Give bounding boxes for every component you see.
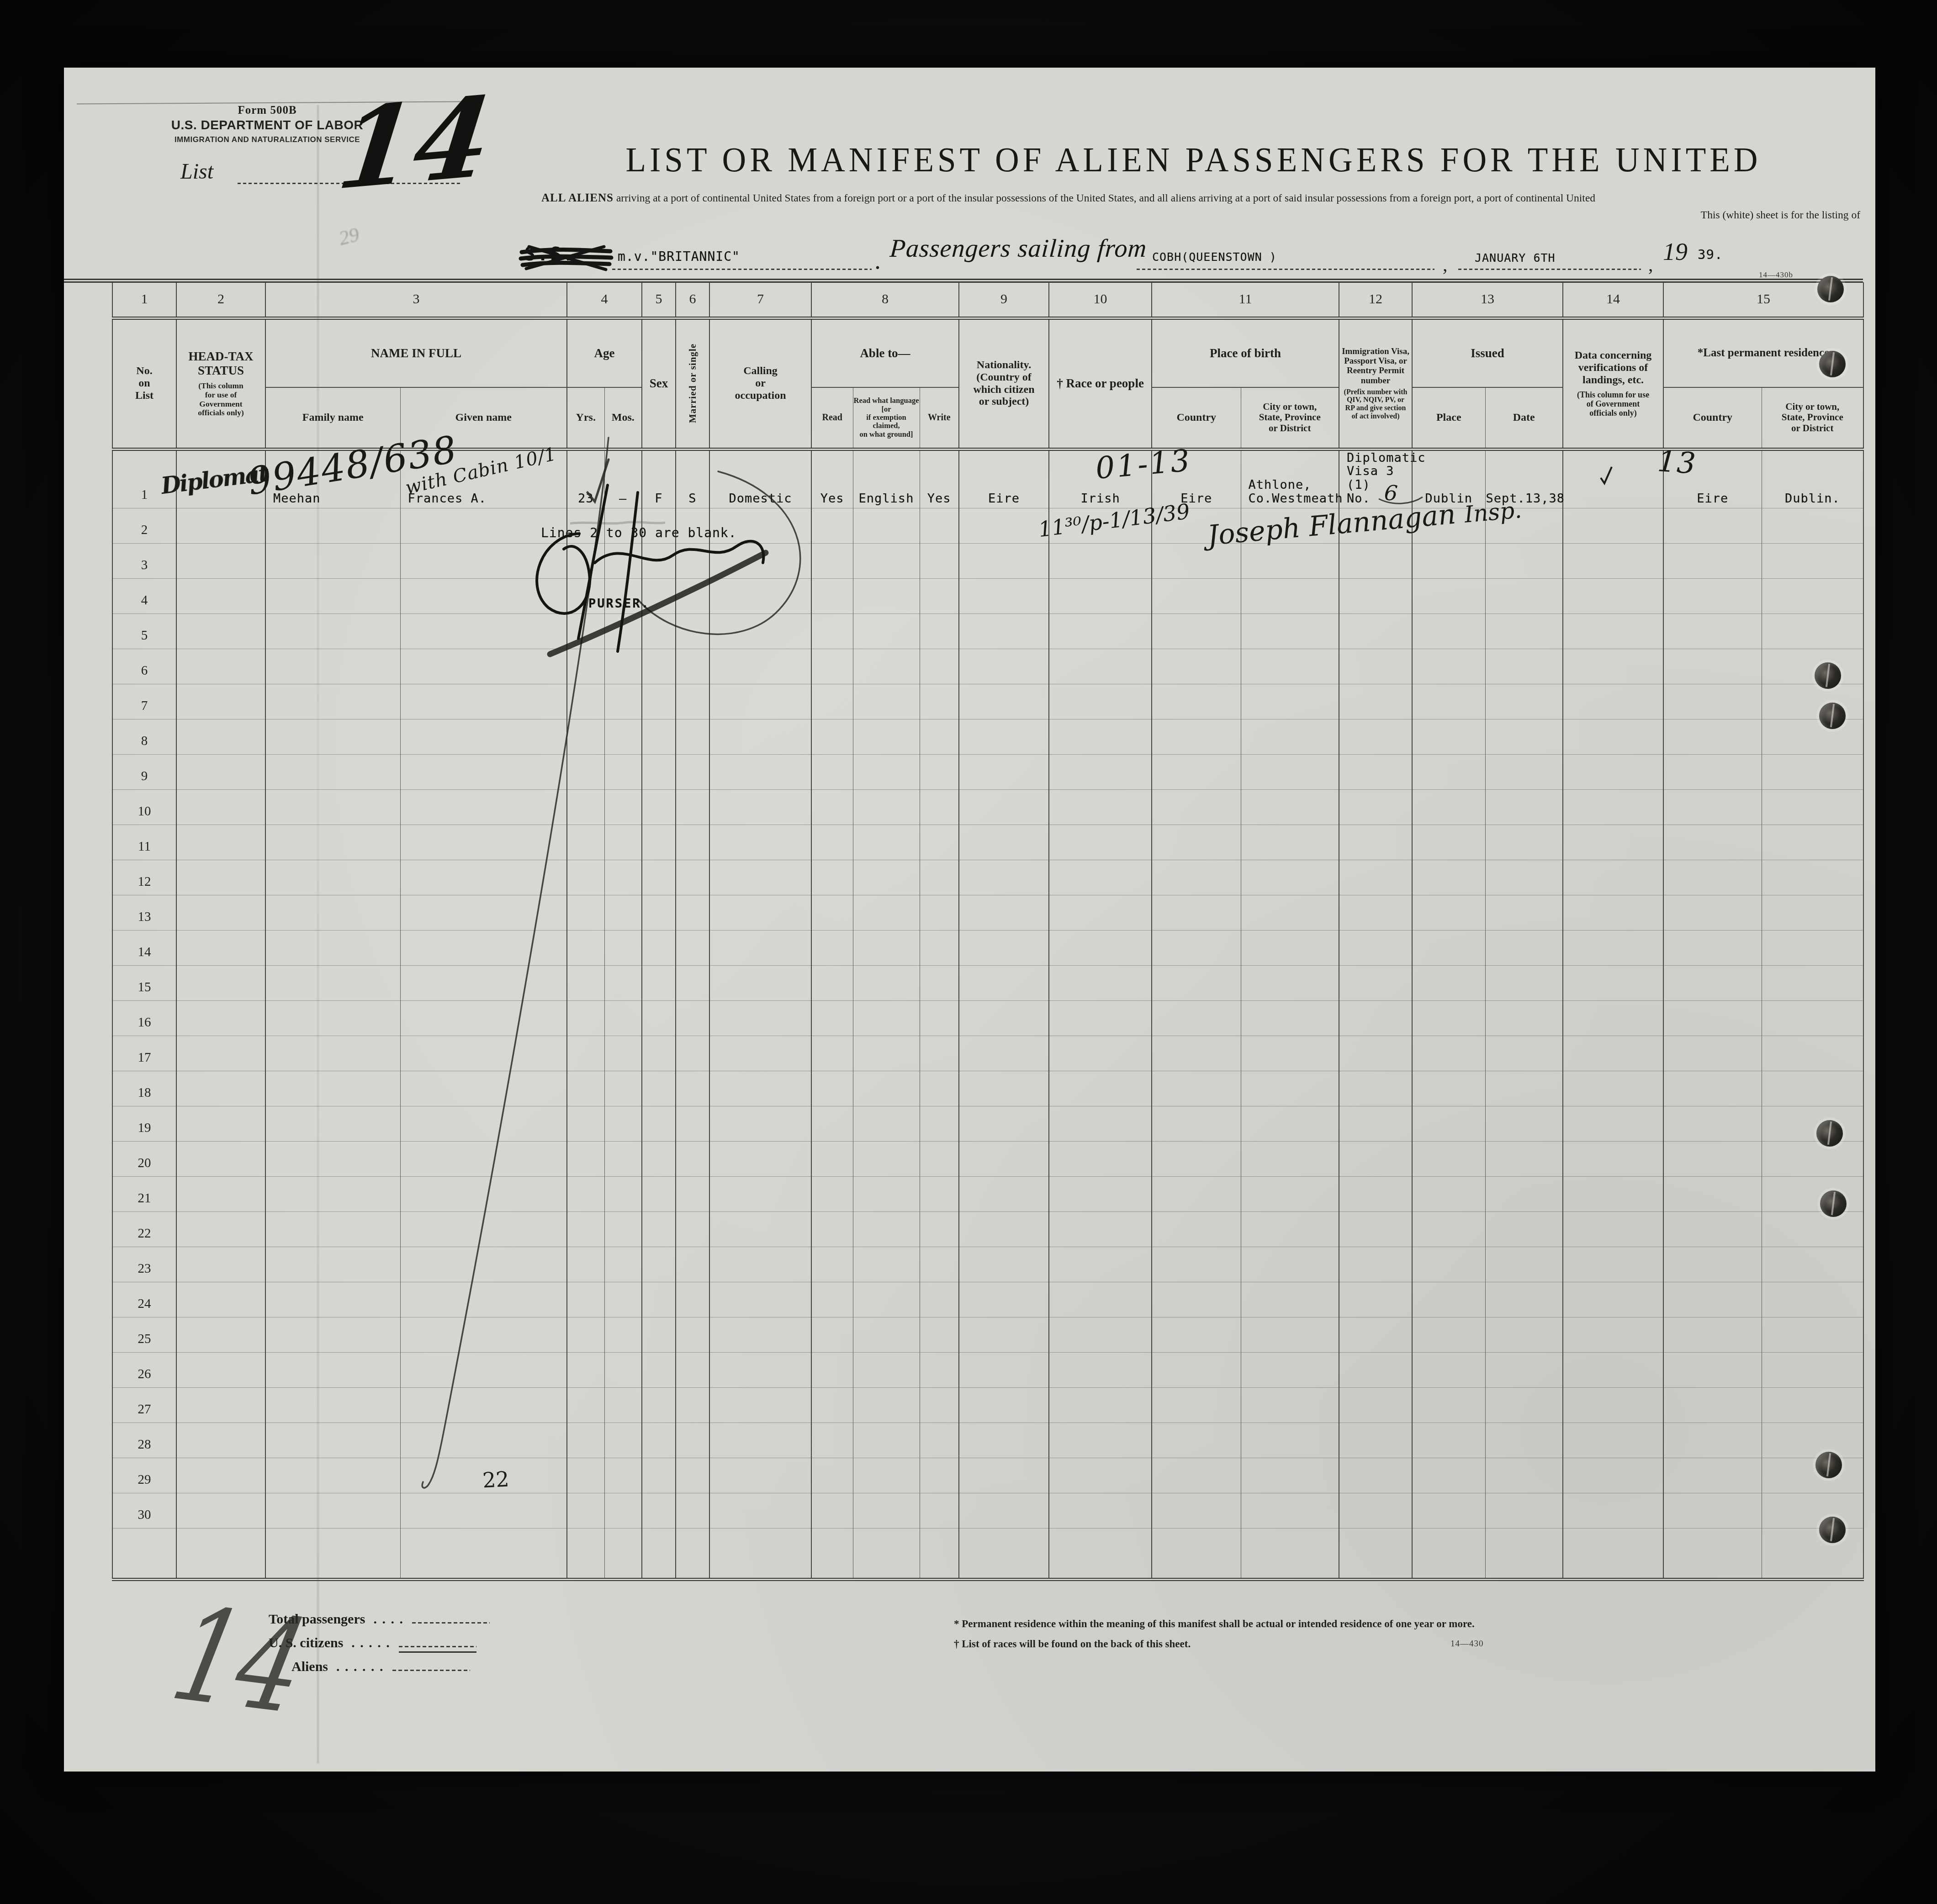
manifest-cell — [1762, 1212, 1863, 1247]
manifest-cell — [1663, 1493, 1762, 1528]
manifest-cell — [853, 1528, 920, 1580]
binder-hole-icon — [1820, 1190, 1847, 1217]
manifest-cell — [265, 614, 400, 649]
manifest-cell — [1485, 1212, 1563, 1247]
manifest-cell — [676, 1106, 709, 1142]
manifest-cell — [567, 1001, 604, 1036]
manifest-cell — [1485, 684, 1563, 719]
table-row: 29 — [112, 1458, 1863, 1493]
manifest-cell — [1049, 1282, 1152, 1317]
purser-label: PURSER. — [588, 597, 650, 611]
manifest-cell — [1485, 1317, 1563, 1353]
table-row: 18 — [112, 1071, 1863, 1106]
manifest-cell — [676, 825, 709, 860]
row-number-cell: 16 — [112, 1001, 176, 1036]
manifest-cell — [811, 966, 853, 1001]
manifest-cell: Dublin. — [1762, 449, 1863, 508]
manifest-cell — [567, 1282, 604, 1317]
manifest-cell — [1762, 825, 1863, 860]
manifest-cell — [642, 1247, 676, 1282]
manifest-cell: Diplomatic Visa 3 (1) No. — [1339, 449, 1412, 508]
manifest-cell — [1563, 1317, 1663, 1353]
manifest-cell — [400, 1071, 567, 1106]
manifest-cell — [853, 755, 920, 790]
header-married-or-single: Married or single — [676, 318, 709, 449]
manifest-cell — [1412, 1423, 1485, 1458]
manifest-cell — [959, 649, 1049, 684]
manifest-cell — [604, 1353, 642, 1388]
header-verifications: Data concerning verifications of landing… — [1563, 318, 1663, 449]
manifest-cell — [709, 1106, 811, 1142]
manifest-cell — [1152, 895, 1241, 931]
manifest-cell — [1339, 1282, 1412, 1317]
manifest-cell — [811, 1036, 853, 1071]
manifest-cell — [642, 825, 676, 860]
manifest-cell — [1049, 614, 1152, 649]
manifest-cell — [1049, 684, 1152, 719]
row-number-cell: 9 — [112, 755, 176, 790]
manifest-cell — [1663, 684, 1762, 719]
binder-hole-icon — [1815, 1452, 1842, 1478]
subtitle: ALL ALIENS arriving at a port of contine… — [541, 192, 1862, 205]
manifest-cell — [959, 614, 1049, 649]
manifest-cell — [567, 1423, 604, 1458]
manifest-cell — [1663, 1458, 1762, 1493]
binder-hole-icon — [1816, 1120, 1843, 1147]
manifest-cell — [709, 1071, 811, 1106]
manifest-cell — [1762, 895, 1863, 931]
manifest-cell — [959, 1388, 1049, 1423]
manifest-cell — [1152, 1001, 1241, 1036]
manifest-cell — [920, 825, 959, 860]
manifest-cell — [853, 1212, 920, 1247]
header-yrs: Yrs. — [567, 387, 604, 449]
manifest-cell — [1152, 719, 1241, 755]
manifest-cell — [920, 1317, 959, 1353]
manifest-cell — [265, 1106, 400, 1142]
manifest-cell — [1049, 966, 1152, 1001]
manifest-cell — [1563, 1071, 1663, 1106]
typed-year: 39. — [1698, 247, 1723, 262]
row-number-cell: 17 — [112, 1036, 176, 1071]
manifest-cell — [676, 1388, 709, 1423]
manifest-cell — [567, 1458, 604, 1493]
manifest-cell — [1412, 1071, 1485, 1106]
col-num-10: 10 — [1049, 282, 1152, 318]
manifest-cell — [265, 790, 400, 825]
manifest-cell — [1152, 1493, 1241, 1528]
printed-year-prefix: 19 — [1663, 238, 1688, 266]
manifest-cell — [1762, 1001, 1863, 1036]
manifest-cell: F — [642, 449, 676, 508]
manifest-cell — [811, 1353, 853, 1388]
manifest-cell — [567, 1106, 604, 1142]
manifest-cell — [1663, 1001, 1762, 1036]
manifest-cell — [1152, 614, 1241, 649]
table-row: 10 — [112, 790, 1863, 825]
manifest-cell — [920, 1177, 959, 1212]
manifest-cell — [1049, 931, 1152, 966]
manifest-cell — [709, 860, 811, 895]
manifest-cell — [567, 966, 604, 1001]
manifest-cell — [1049, 1212, 1152, 1247]
manifest-cell — [920, 966, 959, 1001]
manifest-cell — [1563, 544, 1663, 579]
manifest-cell — [604, 684, 642, 719]
manifest-cell — [1485, 1177, 1563, 1212]
form-number: Form 500B — [208, 104, 327, 117]
struck-ss-prefix: S.S. — [524, 244, 576, 265]
manifest-cell — [676, 1282, 709, 1317]
manifest-cell — [1339, 895, 1412, 931]
manifest-cell — [1663, 508, 1762, 544]
manifest-cell — [1049, 1247, 1152, 1282]
manifest-cell — [400, 790, 567, 825]
col-num-1: 1 — [112, 282, 176, 318]
header-issued-date: Date — [1485, 387, 1563, 449]
manifest-cell — [1485, 719, 1563, 755]
manifest-cell — [811, 790, 853, 825]
manifest-cell — [1339, 1388, 1412, 1423]
binder-hole-icon — [1819, 1517, 1846, 1543]
manifest-cell — [1152, 755, 1241, 790]
header-mos: Mos. — [604, 387, 642, 449]
table-row: 17 — [112, 1036, 1863, 1071]
manifest-cell — [1152, 825, 1241, 860]
manifest-cell — [1152, 790, 1241, 825]
manifest-cell — [400, 1353, 567, 1388]
manifest-cell — [1663, 966, 1762, 1001]
manifest-cell — [604, 755, 642, 790]
manifest-cell — [811, 1528, 853, 1580]
manifest-cell — [1412, 931, 1485, 966]
manifest-cell — [1339, 860, 1412, 895]
manifest-cell — [1762, 1177, 1863, 1212]
manifest-cell — [1762, 1423, 1863, 1458]
manifest-cell — [959, 1106, 1049, 1142]
col-num-4: 4 — [567, 282, 642, 318]
manifest-cell — [709, 719, 811, 755]
manifest-cell — [567, 544, 604, 579]
stamp-number-22: 22 — [482, 1467, 510, 1493]
manifest-cell — [811, 1247, 853, 1282]
manifest-cell — [709, 790, 811, 825]
manifest-cell — [1412, 790, 1485, 825]
row-number-cell: 24 — [112, 1282, 176, 1317]
manifest-cell — [265, 1458, 400, 1493]
table-row: 11 — [112, 825, 1863, 860]
manifest-cell — [853, 508, 920, 544]
manifest-cell — [1241, 684, 1339, 719]
manifest-cell — [709, 966, 811, 1001]
manifest-cell — [959, 1282, 1049, 1317]
manifest-cell — [709, 1247, 811, 1282]
manifest-cell — [811, 1388, 853, 1423]
subtitle-bold: ALL ALIENS — [541, 192, 614, 204]
table-row: 20 — [112, 1142, 1863, 1177]
manifest-cell — [1049, 579, 1152, 614]
manifest-cell — [1485, 614, 1563, 649]
manifest-cell — [400, 895, 567, 931]
manifest-cell — [1049, 719, 1152, 755]
manifest-cell — [676, 1317, 709, 1353]
manifest-cell — [920, 1423, 959, 1458]
aliens-blank — [392, 1670, 470, 1671]
manifest-cell — [1663, 1106, 1762, 1142]
manifest-cell — [1412, 649, 1485, 684]
manifest-cell — [1152, 1423, 1241, 1458]
row-number-cell: 30 — [112, 1493, 176, 1528]
manifest-cell — [1241, 1423, 1339, 1458]
scanned-manifest-page: { "header": { "form_number": "Form 500B"… — [0, 0, 1937, 1904]
manifest-cell — [959, 1001, 1049, 1036]
manifest-cell — [959, 1353, 1049, 1388]
manifest-cell — [1049, 790, 1152, 825]
manifest-cell — [709, 825, 811, 860]
manifest-cell — [676, 790, 709, 825]
row-number-cell: 10 — [112, 790, 176, 825]
manifest-cell — [1485, 1071, 1563, 1106]
manifest-cell — [265, 508, 400, 544]
manifest-cell — [567, 1317, 604, 1353]
passengers-sailing-from-label: Passengers sailing from — [889, 234, 1148, 263]
col-num-8: 8 — [811, 282, 959, 318]
manifest-cell — [1663, 860, 1762, 895]
manifest-cell — [1241, 931, 1339, 966]
manifest-cell — [1663, 1142, 1762, 1177]
col-num-14: 14 — [1563, 282, 1663, 318]
manifest-cell — [1762, 966, 1863, 1001]
manifest-cell — [1563, 755, 1663, 790]
manifest-cell — [709, 1493, 811, 1528]
manifest-cell — [1241, 1212, 1339, 1247]
manifest-cell — [811, 1493, 853, 1528]
manifest-cell — [709, 579, 811, 614]
manifest-cell — [1241, 719, 1339, 755]
manifest-cell: S — [676, 449, 709, 508]
manifest-cell — [1152, 1528, 1241, 1580]
manifest-cell — [567, 1212, 604, 1247]
manifest-cell — [853, 1247, 920, 1282]
manifest-cell — [400, 684, 567, 719]
manifest-cell — [604, 1282, 642, 1317]
manifest-cell — [265, 544, 400, 579]
manifest-cell — [1339, 1106, 1412, 1142]
manifest-cell — [1152, 649, 1241, 684]
manifest-cell — [920, 1142, 959, 1177]
manifest-cell — [642, 1177, 676, 1212]
manifest-cell — [1485, 755, 1563, 790]
table-row: 8 — [112, 719, 1863, 755]
col-num-7: 7 — [709, 282, 811, 318]
manifest-cell — [1412, 1177, 1485, 1212]
manifest-cell — [176, 719, 265, 755]
manifest-cell — [959, 1212, 1049, 1247]
header-residence-city: City or town, State, Province or Distric… — [1762, 387, 1863, 449]
manifest-cell — [176, 1458, 265, 1493]
header-read: Read — [811, 387, 853, 449]
table-row: 30 — [112, 1493, 1863, 1528]
manifest-cell — [642, 1071, 676, 1106]
manifest-cell — [709, 931, 811, 966]
manifest-cell — [176, 1247, 265, 1282]
manifest-cell — [1563, 931, 1663, 966]
col-num-6: 6 — [676, 282, 709, 318]
header-issued-place: Place — [1412, 387, 1485, 449]
manifest-cell — [709, 1528, 811, 1580]
manifest-cell — [1563, 684, 1663, 719]
manifest-cell — [1412, 1458, 1485, 1493]
manifest-cell — [1339, 1036, 1412, 1071]
dot-leaders: . . . . — [373, 1612, 404, 1627]
manifest-cell — [176, 684, 265, 719]
date-blank-line — [1458, 269, 1641, 270]
manifest-cell — [1485, 966, 1563, 1001]
manifest-body: 1MeehanFrances A.23–FSDomesticYesEnglish… — [112, 449, 1863, 1580]
manifest-cell — [1485, 790, 1563, 825]
manifest-cell — [1339, 1212, 1412, 1247]
manifest-cell — [265, 895, 400, 931]
manifest-cell — [400, 1247, 567, 1282]
row-number-cell: 2 — [112, 508, 176, 544]
manifest-cell — [1339, 1177, 1412, 1212]
manifest-cell — [1152, 1036, 1241, 1071]
manifest-cell — [567, 1353, 604, 1388]
manifest-cell — [567, 1177, 604, 1212]
manifest-cell — [1412, 895, 1485, 931]
manifest-cell — [709, 1212, 811, 1247]
manifest-cell — [400, 1001, 567, 1036]
manifest-cell — [1241, 1106, 1339, 1142]
row-number-cell: 11 — [112, 825, 176, 860]
manifest-cell — [1152, 1388, 1241, 1423]
manifest-cell — [1152, 1317, 1241, 1353]
manifest-cell — [1241, 1388, 1339, 1423]
manifest-cell — [1339, 1071, 1412, 1106]
form-code-bottom: 14—430 — [1450, 1639, 1484, 1649]
printed-comma: , — [1443, 254, 1448, 276]
manifest-cell — [676, 1036, 709, 1071]
manifest-cell: English — [853, 449, 920, 508]
manifest-cell — [265, 649, 400, 684]
header-residence-country: Country — [1663, 387, 1762, 449]
manifest-cell — [920, 1353, 959, 1388]
manifest-cell — [1049, 1353, 1152, 1388]
port-blank-line — [1137, 269, 1434, 270]
manifest-cell — [265, 825, 400, 860]
manifest-cell — [1412, 755, 1485, 790]
manifest-cell — [1485, 1528, 1563, 1580]
manifest-cell — [112, 1528, 176, 1580]
manifest-cell — [1663, 1282, 1762, 1317]
dot-leaders: . . . . . . — [336, 1659, 384, 1675]
manifest-cell — [1152, 1212, 1241, 1247]
manifest-cell — [1412, 1282, 1485, 1317]
manifest-cell — [1241, 1282, 1339, 1317]
manifest-cell — [176, 1493, 265, 1528]
manifest-cell — [1339, 1247, 1412, 1282]
manifest-cell — [1241, 1071, 1339, 1106]
manifest-cell — [604, 1001, 642, 1036]
manifest-cell — [642, 1282, 676, 1317]
header-calling: Calling or occupation — [709, 318, 811, 449]
manifest-cell — [1241, 1458, 1339, 1493]
manifest-cell — [1241, 579, 1339, 614]
manifest-cell — [1339, 579, 1412, 614]
manifest-cell — [676, 1353, 709, 1388]
manifest-cell — [1563, 1001, 1663, 1036]
manifest-cell — [176, 1317, 265, 1353]
manifest-cell — [1762, 1142, 1863, 1177]
manifest-cell — [1762, 1282, 1863, 1317]
header-birth-country: Country — [1152, 387, 1241, 449]
row-number-cell: 4 — [112, 579, 176, 614]
manifest-cell — [676, 544, 709, 579]
manifest-cell — [1663, 1071, 1762, 1106]
manifest-cell — [853, 1177, 920, 1212]
manifest-cell — [176, 544, 265, 579]
table-row: 28 — [112, 1423, 1863, 1458]
manifest-cell — [1663, 614, 1762, 649]
manifest-cell — [1152, 1353, 1241, 1388]
manifest-cell — [811, 544, 853, 579]
manifest-cell — [1152, 1142, 1241, 1177]
manifest-cell — [811, 684, 853, 719]
manifest-cell — [265, 1212, 400, 1247]
manifest-cell — [920, 895, 959, 931]
manifest-cell — [642, 1458, 676, 1493]
manifest-cell — [642, 1493, 676, 1528]
header-head-tax: HEAD-TAX STATUS(This column for use of G… — [176, 318, 265, 449]
manifest-cell — [1563, 649, 1663, 684]
manifest-cell — [1412, 1001, 1485, 1036]
manifest-cell — [400, 1423, 567, 1458]
table-row: 21 — [112, 1177, 1863, 1212]
manifest-cell — [1663, 579, 1762, 614]
us-citizens-blank — [399, 1646, 476, 1647]
manifest-cell — [709, 614, 811, 649]
manifest-cell — [811, 1106, 853, 1142]
manifest-cell — [853, 1317, 920, 1353]
manifest-cell — [920, 755, 959, 790]
manifest-cell — [959, 825, 1049, 860]
manifest-cell — [1485, 649, 1563, 684]
manifest-cell — [1762, 649, 1863, 684]
table-row: 15 — [112, 966, 1863, 1001]
manifest-cell — [1412, 1106, 1485, 1142]
manifest-cell — [604, 1177, 642, 1212]
manifest-cell — [853, 544, 920, 579]
manifest-cell — [1339, 544, 1412, 579]
manifest-cell — [176, 931, 265, 966]
manifest-cell — [959, 1036, 1049, 1071]
manifest-cell — [567, 790, 604, 825]
table-row: 12 — [112, 860, 1863, 895]
manifest-cell — [1412, 1036, 1485, 1071]
manifest-cell — [709, 1142, 811, 1177]
manifest-cell — [1762, 1317, 1863, 1353]
manifest-cell — [959, 1142, 1049, 1177]
manifest-cell — [920, 649, 959, 684]
manifest-cell — [265, 1317, 400, 1353]
manifest-cell — [1663, 825, 1762, 860]
manifest-cell — [709, 1036, 811, 1071]
row-number-cell: 18 — [112, 1071, 176, 1106]
binder-hole-icon — [1819, 351, 1846, 377]
manifest-cell — [1339, 931, 1412, 966]
manifest-cell — [1049, 895, 1152, 931]
manifest-cell — [1762, 1071, 1863, 1106]
